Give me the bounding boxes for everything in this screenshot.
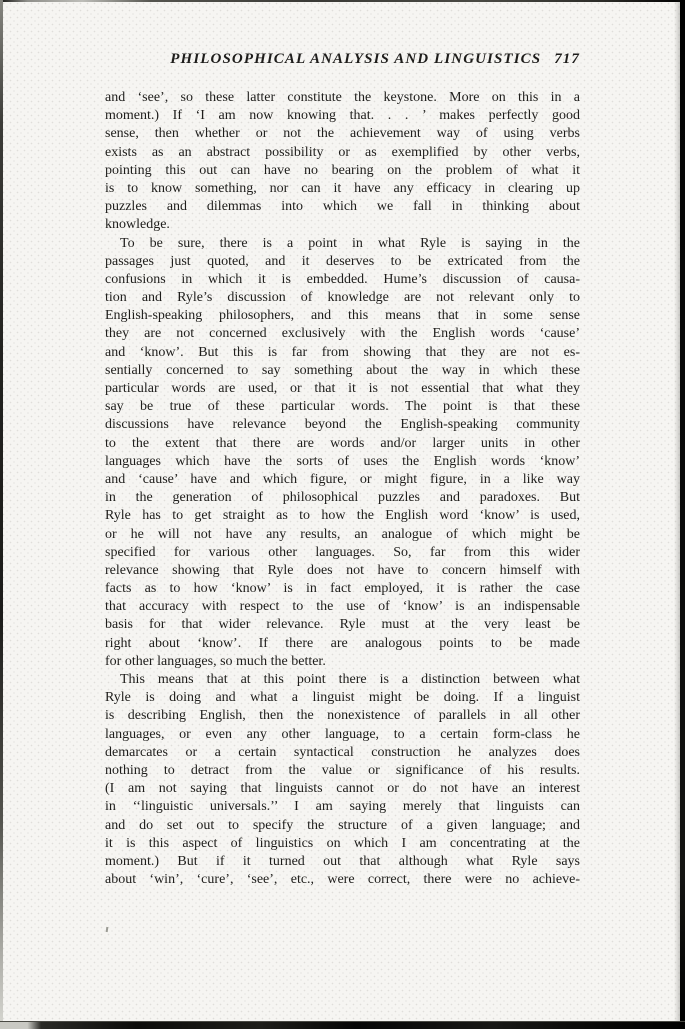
ink-speck bbox=[106, 927, 109, 932]
text-line: languages, or even any other language, t… bbox=[105, 726, 580, 744]
text-line: exists as an abstract possibility or as … bbox=[105, 144, 580, 162]
text-line: pointing this out can have no bearing on… bbox=[105, 162, 580, 180]
text-line: and ‘know’. But this is far from showing… bbox=[105, 344, 580, 362]
text-line: puzzles and dilemmas into which we fall … bbox=[105, 198, 580, 216]
text-line: and do set out to specify the structure … bbox=[105, 817, 580, 835]
text-line: passages just quoted, and it deserves to… bbox=[105, 253, 580, 271]
text-line: is to know something, nor can it have an… bbox=[105, 180, 580, 198]
text-line: English-speaking philosophers, and this … bbox=[105, 307, 580, 325]
text-line: This means that at this point there is a… bbox=[105, 671, 580, 689]
text-line: particular words are used, or that it is… bbox=[105, 380, 580, 398]
text-line: moment.) But if it turned out that altho… bbox=[105, 853, 580, 871]
text-line: to the extent that there are words and/o… bbox=[105, 435, 580, 453]
text-line: about ‘win’, ‘cure’, ‘see’, etc., were c… bbox=[105, 871, 580, 889]
scan-edge-top bbox=[0, 0, 685, 2]
text-line: they are not concerned exclusively with … bbox=[105, 325, 580, 343]
scanned-page: PHILOSOPHICAL ANALYSIS AND LINGUISTICS 7… bbox=[0, 0, 685, 1029]
text-line: languages which have the sorts of uses t… bbox=[105, 453, 580, 471]
text-line: Ryle is doing and what a linguist might … bbox=[105, 689, 580, 707]
text-line: say be true of these particular words. T… bbox=[105, 398, 580, 416]
text-line: To be sure, there is a point in what Ryl… bbox=[105, 235, 580, 253]
scan-edge-left bbox=[0, 0, 3, 1029]
body-text: and ‘see’, so these latter constitute th… bbox=[105, 89, 580, 889]
scan-edge-bottom bbox=[0, 1021, 685, 1029]
text-line: it is this aspect of linguistics on whic… bbox=[105, 835, 580, 853]
text-line: sense, then whether or not the achieveme… bbox=[105, 125, 580, 143]
text-line: and ‘cause’ have and which figure, or mi… bbox=[105, 471, 580, 489]
text-line: sentially concerned to say something abo… bbox=[105, 362, 580, 380]
page-number: 717 bbox=[554, 51, 580, 68]
text-line: basis for that wider relevance. Ryle mus… bbox=[105, 616, 580, 634]
text-line: right about ‘know’. If there are analogo… bbox=[105, 635, 580, 653]
text-line: (I am not saying that linguists cannot o… bbox=[105, 780, 580, 798]
text-line: nothing to detract from the value or sig… bbox=[105, 762, 580, 780]
text-line: relevance showing that Ryle does not hav… bbox=[105, 562, 580, 580]
text-line: confusions in which it is embedded. Hume… bbox=[105, 271, 580, 289]
text-line: moment.) If ‘I am now knowing that. . . … bbox=[105, 107, 580, 125]
text-line: is describing English, then the nonexist… bbox=[105, 707, 580, 725]
text-line: in ‘‘linguistic universals.’’ I am sayin… bbox=[105, 798, 580, 816]
text-line: or he will not have any results, an anal… bbox=[105, 526, 580, 544]
text-line: Ryle has to get straight as to how the E… bbox=[105, 507, 580, 525]
running-header: PHILOSOPHICAL ANALYSIS AND LINGUISTICS 7… bbox=[105, 51, 580, 68]
text-line: that accuracy with respect to the use of… bbox=[105, 598, 580, 616]
text-line: knowledge. bbox=[105, 216, 580, 234]
text-line: discussions have relevance beyond the En… bbox=[105, 416, 580, 434]
text-line: tion and Ryle’s discussion of knowledge … bbox=[105, 289, 580, 307]
header-title: PHILOSOPHICAL ANALYSIS AND LINGUISTICS bbox=[170, 51, 541, 68]
text-line: in the generation of philosophical puzzl… bbox=[105, 489, 580, 507]
text-line: demarcates or a certain syntactical cons… bbox=[105, 744, 580, 762]
text-line: and ‘see’, so these latter constitute th… bbox=[105, 89, 580, 107]
text-line: facts as to how ‘know’ is in fact employ… bbox=[105, 580, 580, 598]
scan-edge-right bbox=[680, 0, 685, 1029]
text-line: for other languages, so much the better. bbox=[105, 653, 580, 671]
text-line: specified for various other languages. S… bbox=[105, 544, 580, 562]
